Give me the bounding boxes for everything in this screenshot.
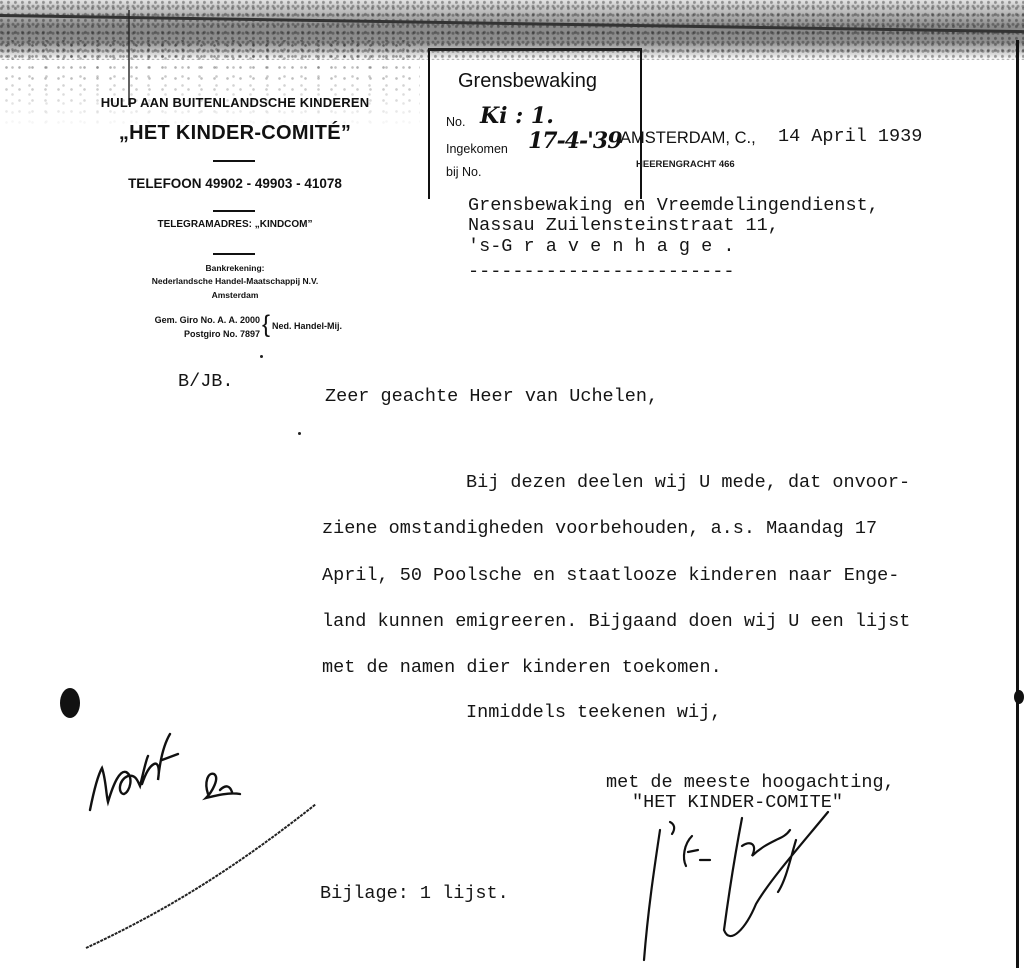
recipient-line: Grensbewaking en Vreemdelingendienst,	[468, 196, 879, 216]
letter-date: 14 April 1939	[778, 127, 922, 147]
letter-place: AMSTERDAM, C.,	[620, 129, 756, 148]
letterhead-street: HEERENGRACHT 466	[636, 159, 735, 170]
closing: met de meeste hoogachting,	[606, 773, 895, 793]
giro-line: Postgiro No. 7897	[100, 327, 260, 341]
letterhead-giro-bank: Ned. Handel-Mij.	[272, 321, 342, 331]
stamp-reference-label: bij No.	[446, 165, 481, 179]
letterhead-bank-city: Amsterdam	[80, 290, 390, 300]
speck	[260, 355, 263, 358]
giro-line: Gem. Giro No. A. A. 2000	[100, 313, 260, 327]
body-line: April, 50 Poolsche en staatlooze kindere…	[322, 566, 899, 586]
salutation: Zeer geachte Heer van Uchelen,	[325, 387, 658, 407]
margin-stroke	[80, 800, 330, 960]
letterhead-bank-name: Nederlandsche Handel-Maatschappij N.V.	[80, 276, 390, 286]
giro-brace: {	[262, 312, 270, 338]
signature-handwriting	[630, 800, 850, 968]
body-line: ziene omstandigheden voorbehouden, a.s. …	[322, 519, 877, 539]
recipient-line: 's-G r a v e n h a g e .	[468, 237, 734, 257]
letterhead-divider	[213, 160, 255, 162]
stamp-received-date: 17-4-'39	[528, 128, 622, 154]
paper-right-edge	[1016, 40, 1019, 968]
body-line: met de namen dier kinderen toekomen.	[322, 658, 722, 678]
stamp-received-label: Ingekomen	[446, 142, 508, 156]
reference-code: B/JB.	[178, 372, 234, 392]
speck	[298, 432, 301, 435]
ink-blot	[1014, 690, 1024, 704]
letterhead-telegram: TELEGRAMADRES: „KINDCOM”	[80, 219, 390, 230]
letterhead-organization: HULP AAN BUITENLANDSCHE KINDEREN	[80, 95, 390, 110]
recipient-underline: ------------------------	[468, 262, 734, 282]
letterhead-name: „HET KINDER-COMITÉ”	[80, 122, 390, 145]
enclosure-note: Bijlage: 1 lijst.	[320, 884, 509, 904]
body-line: Bij dezen deelen wij U mede, dat onvoor-	[466, 473, 910, 493]
letterhead-telephone: TELEFOON 49902 - 49903 - 41078	[80, 176, 390, 191]
scan-speckles	[0, 40, 420, 130]
stamp-number-value: Ki : 1.	[480, 103, 554, 129]
letterhead-giro: Gem. Giro No. A. A. 2000 Postgiro No. 78…	[100, 313, 260, 341]
stamp-number-label: No.	[446, 115, 465, 129]
letterhead-bank-label: Bankrekening:	[80, 263, 390, 273]
punch-hole	[60, 688, 80, 718]
recipient-line: Nassau Zuilensteinstraat 11,	[468, 216, 779, 236]
letterhead-divider	[213, 210, 255, 212]
scan-mark	[128, 10, 130, 105]
stamp-title: Grensbewaking	[458, 70, 597, 93]
letterhead-divider	[213, 253, 255, 255]
body-line: Inmiddels teekenen wij,	[466, 703, 721, 723]
body-line: land kunnen emigreeren. Bijgaand doen wi…	[322, 612, 910, 632]
